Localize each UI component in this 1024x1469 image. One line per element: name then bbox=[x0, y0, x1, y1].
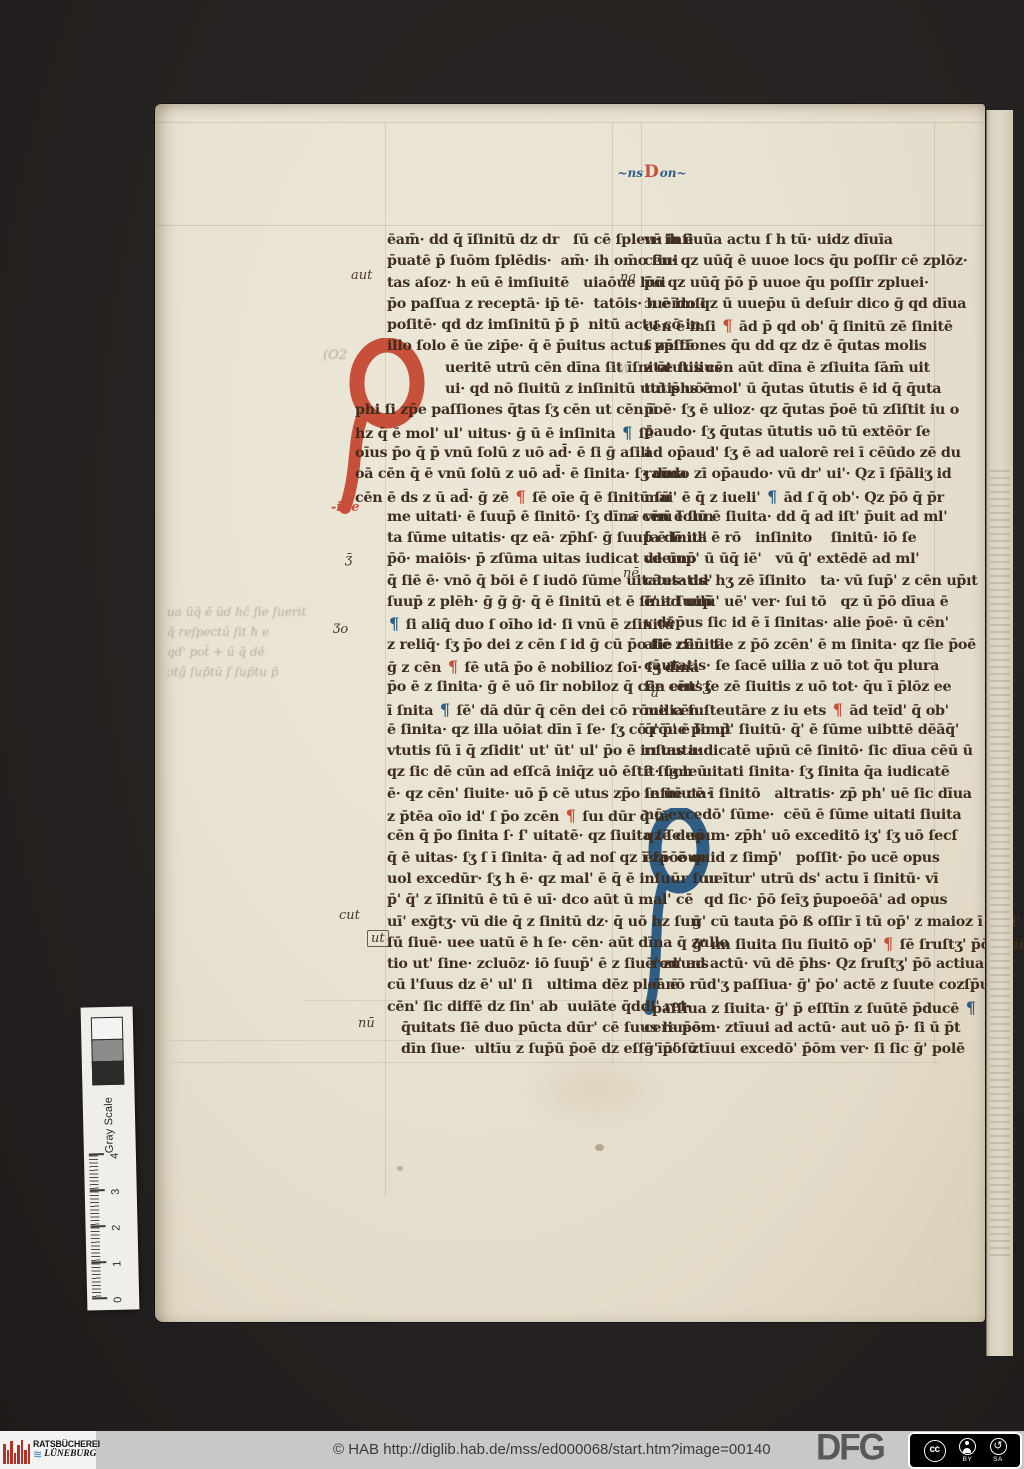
manuscript-text-line: vdeīup̄' ū ūq̄ iē' vū q̄' extēdē ad ml' bbox=[644, 549, 936, 570]
ruler-numbers: 43210 bbox=[81, 1006, 133, 1007]
manuscript-text-line: illo ſolo ē ūe zip̄e· q̄ ē p̄uitus actus… bbox=[387, 336, 615, 357]
manuscript-text-line: paſſiua z ſiuita· ḡ' p̄ eſſtīn z ſuūtē p… bbox=[652, 997, 936, 1018]
manuscript-text-line: cēn q̄ p̄o ſinita ſ· ſ' uitatē· qz ſiuit… bbox=[387, 826, 615, 847]
manuscript-text-line: alie cēū· ſie z p̄ō zcēn' ē m ſinita· qz… bbox=[644, 635, 936, 656]
cc-sa-icon: ↺ SA bbox=[990, 1438, 1007, 1463]
sa-label: SA bbox=[993, 1456, 1003, 1463]
manuscript-text-line: ta ſūme uitatis· qz eā· zp̄hſ· ḡ ſuup̄ ē… bbox=[387, 528, 615, 549]
ruler-major-tick bbox=[89, 1153, 104, 1155]
manuscript-text-line: phi ſi zp̄e paſſiones q̄tas ſʒ cēn ut cē… bbox=[355, 400, 615, 421]
manuscript-text-line: cāutatis· ſe ſacē uilia z uō tot q̄u plu… bbox=[644, 656, 936, 677]
grayscale-square-white bbox=[91, 1017, 124, 1042]
ruler-major-tick bbox=[92, 1297, 107, 1299]
manuscript-text-line: ad op̄aud' ſʒ ē ad ualorē rei ī cēūdo zē… bbox=[644, 443, 936, 464]
ruling-line bbox=[155, 225, 985, 226]
manuscript-text-line: z p̄tēa oīo id' ſ p̄o zcēn ¶ ſuı dūr q̄ … bbox=[387, 805, 615, 826]
margin-note: na bbox=[620, 270, 636, 285]
paragraph-mark: ¶ bbox=[720, 316, 734, 335]
manuscript-text-line: cere p̄ōm· ztīuui ad actū· aut uō p̄· ſi… bbox=[644, 1018, 936, 1039]
cc-license-badge: cc BY ↺ SA bbox=[908, 1432, 1022, 1469]
share-alike-icon: ↺ bbox=[990, 1438, 1007, 1455]
manuscript-text-line: ſuup̄ z plēh· ḡ ḡ ḡ· q̄ ē ſinitū et ē ſi… bbox=[387, 592, 615, 613]
manuscript-text-line: ḡ' p̄ō· ztīuui excedō' p̄ōm ver· ſi ſic … bbox=[644, 1039, 936, 1060]
margin-note: ut bbox=[367, 930, 389, 947]
parchment-stain bbox=[515, 1044, 675, 1134]
text-showthrough bbox=[990, 470, 1010, 1260]
ruler-number: 0 bbox=[112, 1291, 124, 1303]
manuscript-text-line: cēn ē inſi ¶ ād p̄ qd ob' q̄ ſinitū zē ſ… bbox=[644, 315, 936, 336]
manuscript-text-line: tio ut' ſine· zcluōz· iō ſuup̄' ē z ſiuē… bbox=[387, 954, 615, 975]
manuscript-text-line: ē ſūme uitati ſinita· ſʒ ſinita q̄a iudi… bbox=[644, 762, 936, 783]
manuscript-text-line: vnū ſolū ē ſiuita· dd q̄ ad iſt' p̄uit a… bbox=[644, 507, 936, 528]
manuscript-text-line: ſū ſiuē· uee uatū ē h ſe· cēn· aūt dīna … bbox=[387, 933, 615, 954]
manuscript-text-line: p̄o paſſua z receptā· ip̄ tē· tatōis· h … bbox=[387, 294, 615, 315]
manuscript-text-line: q̄ ē uitas· ſʒ ſ ī ſinita· q̄ ad noſ qz … bbox=[387, 848, 615, 869]
manuscript-text-line: cū l'ſuus dz ē' ul' ſi ultima dēz pleā ē bbox=[387, 975, 615, 996]
margin-note: Ʒo bbox=[333, 622, 348, 637]
erased-margin-line: qd' pot̄ + ū q̄ dē bbox=[167, 642, 306, 662]
manuscript-text-line: q̄ ſiē ē· vnō q̄ bōi ē ſ iudō ſūme uitat… bbox=[387, 571, 615, 592]
manuscript-text-line: mai' ē q̄ z iueli' ¶ ād ſ q̄ ob'· Qz p̄ō… bbox=[644, 486, 936, 507]
ruler-major-tick bbox=[91, 1261, 106, 1263]
ruling-line bbox=[155, 122, 985, 123]
paragraph-mark: ¶ bbox=[446, 657, 460, 676]
manuscript-text-line: rı'tas iudicatē up̄ıū cē ſinitō· ſic dīu… bbox=[644, 741, 936, 762]
manuscript-text-line: me uitati· ē ſuup̄ ē ſinitō· ſʒ dīna cēn… bbox=[387, 507, 615, 528]
copyright-url-text: © HAB http://diglib.hab.de/mss/ed000068/… bbox=[333, 1431, 771, 1469]
erased-margin-line: ua ūq̄ ē ūd hc̄ ſie ſuerit bbox=[167, 602, 306, 622]
manuscript-text-line: poſitē· qd dz imſinitū p̄ p̄ nitū actu c… bbox=[387, 315, 615, 336]
manuscript-text-line: ē nō rūd'ʒ paſſiua· ḡ' p̄o' actē z ſuute… bbox=[652, 975, 936, 996]
paragraph-mark: ¶ bbox=[564, 806, 578, 825]
manuscript-text-line: tas aſoz· h eū ē imſiuitē uiaōue līui bbox=[387, 273, 615, 294]
paragraph-mark: ¶ bbox=[881, 934, 895, 953]
margin-note: ~W bbox=[607, 362, 631, 377]
header-flourish-right: on~ bbox=[660, 166, 687, 180]
grayscale-square-black bbox=[92, 1061, 125, 1086]
manuscript-text-line: oīus p̄o q̄ p̄ vnū ſolū z uō ad̄· ē ſi ḡ… bbox=[355, 443, 615, 464]
ruling-line bbox=[385, 122, 386, 1197]
manuscript-text-line: qz ſe up̄ım· zp̄h' uō exceditō iʒ' ſʒ uō… bbox=[644, 826, 936, 847]
ruler-major-tick bbox=[90, 1189, 105, 1191]
manuscript-text-line: ēam̄· dd q̄ īſinitū dz dr ſū cē ſplen· i… bbox=[387, 230, 615, 251]
header-flourish-left: ~ns bbox=[617, 166, 643, 180]
paragraph-mark: ¶ bbox=[620, 423, 634, 442]
manuscript-text-line: ēſa· ē quid z ſimp̄' poſſit· p̄o ucē opu… bbox=[644, 848, 936, 869]
manuscript-text-line: p̄uatē p̄ ſuōm ſplēdis· am̄· ih om̄o ſiu… bbox=[387, 251, 615, 272]
paragraph-mark: ¶ bbox=[964, 998, 978, 1017]
person-icon bbox=[959, 1438, 976, 1455]
ruler-number: 4 bbox=[109, 1147, 121, 1159]
photograph: ~nsDon~ ēam̄· dd q̄ īſinitū dz dr ſū cē … bbox=[0, 0, 1024, 1469]
manuscript-text-line: ḡ' cū tauta p̄ō ß oſſir ī tū op̄' z maio… bbox=[692, 912, 936, 933]
manuscript-text-line: ueītur' utrū ds' actu ī ſinitū· vī bbox=[704, 869, 936, 890]
margin-note: cut bbox=[339, 908, 360, 923]
manuscript-text-line: v dēp̄us ſic id ē ī ſinitas· alie p̄oē· … bbox=[644, 613, 936, 634]
text-column-left: ēam̄· dd q̄ īſinitū dz dr ſū cē ſplen· i… bbox=[387, 230, 615, 1061]
manuscript-text-line: z reliq̄· ſʒ p̄o dei z cēn ſ id ḡ cū p̄o… bbox=[387, 635, 615, 656]
manuscript-text-line: red' ad actū· vū dē p̄hs· Qz ſruſtʒ' p̄ō… bbox=[652, 954, 936, 975]
manuscript-text-line: hz q̄ ē mol' ul' uitus· ḡ ū ē inſinita ¶… bbox=[355, 422, 615, 443]
manuscript-text-line: p̄oē· ſʒ ē ulioz· qz q̄utas p̄oē tū zſiſ… bbox=[644, 400, 936, 421]
manuscript-text-line: nō excedō' ſūme· cēū ē ſūme uitati ſiuit… bbox=[644, 805, 936, 826]
grayscale-square-gray bbox=[91, 1039, 124, 1064]
cc-by-icon: BY bbox=[959, 1438, 976, 1463]
red-bars-icon bbox=[3, 1436, 30, 1464]
manuscript-page: ~nsDon~ ēam̄· dd q̄ īſinitū dz dr ſū cē … bbox=[155, 104, 985, 1322]
manuscript-text-line: vtutis ſū ī q̄ zſidit' ut' ūt' ul' p̄o ē… bbox=[387, 741, 615, 762]
dfg-logo: DFG bbox=[816, 1427, 884, 1469]
manuscript-text-line: p̄audo· ſʒ q̄utas ūtutis uō tū extēōr ſe bbox=[644, 422, 936, 443]
parchment-stain bbox=[397, 1166, 403, 1171]
footer-bar: RATSBÜCHEREI ≋ LÜNEBURG © HAB http://dig… bbox=[0, 1431, 1024, 1469]
margin-note: nē bbox=[623, 510, 639, 525]
erased-margin-line: q̄ reſpectū ſit ħ e bbox=[167, 622, 306, 642]
library-city: LÜNEBURG bbox=[44, 1450, 96, 1460]
manuscript-text-line: qz ſic dē cūn ad eſſcā iniq̄z uō ēſtit· … bbox=[387, 762, 615, 783]
by-label: BY bbox=[963, 1456, 973, 1463]
margin-note: aut bbox=[351, 268, 372, 283]
manuscript-text-line: oā cēn q̄ ē vnū ſolū z uō ad̄· ē ſinita·… bbox=[355, 464, 615, 485]
margin-note: nē bbox=[623, 566, 639, 581]
manuscript-text-line: tutis uō mol' ū q̄utas ūtutis ē id q̄ q̄… bbox=[644, 379, 936, 400]
manuscript-text-line: p̄o ē z ſinita· ḡ ē uō ſir nobiloz q̄ cē… bbox=[387, 677, 615, 698]
manuscript-text-line: milia ſuſteutāre z iu ets ¶ ād teīd' q̄ … bbox=[644, 699, 936, 720]
manuscript-text-line: cēn' ſic diffē dz ſin' ab uuiāte q̄ddi' … bbox=[387, 997, 615, 1018]
manuscript-text-line: uol excedūr· ſʒ h ē· qz mal' ē q̄ ē inſu… bbox=[387, 869, 615, 890]
manuscript-text-line: cāutatis· hʒ zē īſinito ta· vū ſup̄' z c… bbox=[644, 571, 936, 592]
ruler-major-tick bbox=[91, 1225, 106, 1227]
manuscript-text-line: z ōtutis cēn aūt dīna ē zſiuita ſām̄ uit bbox=[644, 358, 936, 379]
header-initial: D bbox=[643, 162, 660, 182]
erased-margin-line: ɔtg̃ ſup̄tū ſ ſup̄tu p̄ bbox=[167, 662, 306, 682]
text-column-right: vū inſiuūa actu ſ h tū· uidz dīuīacēn· q… bbox=[644, 230, 936, 1061]
blue-book-icon: ≋ bbox=[33, 1450, 42, 1460]
manuscript-text-line: qd ſic· p̄ō ſeīʒ p̄upoeōā' ad opus bbox=[704, 890, 936, 911]
manuscript-text-line: q̄uitats ſiē duo pūcta dūr' cē ſuus liue… bbox=[401, 1018, 615, 1039]
manuscript-text-line: ſ paſſiones q̄u dd qz dz ē q̄utas molis bbox=[644, 336, 936, 357]
manuscript-text-line: uī' exḡtʒ· vū die q̄ z ſinitū dz· q̄ uō … bbox=[387, 912, 615, 933]
manuscript-text-line: p̄ō· maiōis· p̄ zſūma uitas iudicat de u… bbox=[387, 549, 615, 570]
ruler-number: 3 bbox=[110, 1183, 122, 1195]
margin-note: nū bbox=[358, 1016, 375, 1031]
manuscript-text-line: p̄' q̄' z īſinitū ē tū ē uī· dco aūt ū m… bbox=[387, 890, 615, 911]
margin-note: (O2 bbox=[323, 348, 347, 363]
library-logo: RATSBÜCHEREI ≋ LÜNEBURG bbox=[0, 1431, 96, 1469]
paragraph-mark: ¶ bbox=[438, 700, 452, 719]
next-page-edge bbox=[986, 110, 1013, 1356]
arrow-circle-glyph: ↺ bbox=[991, 1439, 1006, 1453]
grayscale-card: Gray Scale 43210 bbox=[81, 1006, 140, 1310]
manuscript-text-line: cēn ē ds z ū ad̄· ḡ zē ¶ ſē oīe q̄ ē ſin… bbox=[355, 486, 615, 507]
ruler-number: 2 bbox=[110, 1219, 122, 1231]
manuscript-text-line: ta dē ul' ē rō inſinito ſinitū· iō ſe bbox=[644, 528, 936, 549]
manuscript-text-line: ui· qd nō ſiuitū z inſinitū utō p̄hs ē bbox=[445, 379, 615, 400]
ruler-number: 1 bbox=[111, 1255, 123, 1267]
paragraph-mark: ¶ bbox=[387, 614, 401, 633]
manuscript-text-line: ī ſnita ¶ ſē' dā dūr q̄ cēn dei cō rōue … bbox=[387, 699, 615, 720]
manuscript-text-line: ē ſinita· qz illa uōiat dīn ī ſe· ſʒ cō … bbox=[387, 720, 615, 741]
manuscript-text-line: ueritē utrū cēn dīna ſit īſnita· ſuiius bbox=[445, 358, 615, 379]
margin-note: a bbox=[651, 686, 659, 701]
manuscript-text-line: ē' ad uilū' uē' ver· ſui tō qz ū p̄ō dīu… bbox=[644, 592, 936, 613]
margin-note: -ille bbox=[331, 500, 359, 515]
manuscript-text-line: ¶ ſi aliq̄ duo ſ oīho id· ſi vnū ē zſini… bbox=[387, 613, 615, 634]
manuscript-text-line: vū inſiuūa actu ſ h tū· uidz dīuīa bbox=[644, 230, 936, 251]
manuscript-text-line: ḡ' ım ſiuita ſiu ſiuitō op̄' ¶ ſē ſruſtʒ… bbox=[692, 933, 936, 954]
cc-icon: cc bbox=[924, 1440, 946, 1462]
manuscript-text-line: ɔueīdo qz ū uuep̄u ū deſuir dico ḡ qd dī… bbox=[644, 294, 936, 315]
manuscript-text-line: p̄ō qz uūq̄ p̄ō p̄ uuoe q̄u poſſir zplue… bbox=[644, 273, 936, 294]
erased-marginalia: ua ūq̄ ē ūd hc̄ ſie ſueritq̄ reſpectū ſi… bbox=[167, 602, 306, 682]
manuscript-text-line: ſe uē cē ī ſinitō altratis· zp̄ ph' uē ſ… bbox=[644, 784, 936, 805]
manuscript-text-line: ḡ z cēn ¶ ſē utā p̄o ē nobilioz ſoī· ſʒ … bbox=[387, 656, 615, 677]
running-header-mark: ~nsDon~ bbox=[607, 162, 697, 182]
manuscript-text-line: cēn· qz uūq̄ ē uuoe locs q̄u poſſir cē z… bbox=[644, 251, 936, 272]
paragraph-mark: ¶ bbox=[514, 487, 528, 506]
library-name: RATSBÜCHEREI bbox=[33, 1440, 100, 1449]
paragraph-mark: ¶ bbox=[831, 700, 845, 719]
manuscript-text-line: q̄' p̄' ē ſimp̄' ſiuitū· q̄' ē ſūme uibt… bbox=[644, 720, 936, 741]
manuscript-text-line: raudo zī op̄audo· vū dr' ui'· Qz ī ſp̄āl… bbox=[644, 464, 936, 485]
grayscale-label: Gray Scale bbox=[103, 1097, 116, 1154]
margin-note: ʒ̄ bbox=[345, 552, 352, 567]
manuscript-text-line: ſie cēu' ſe zē ſiuitis z uō tot· q̄u ī p… bbox=[644, 677, 936, 698]
parchment-stain bbox=[595, 1144, 604, 1151]
paragraph-mark: ¶ bbox=[765, 487, 779, 506]
manuscript-text-line: ē· qz cēn' ſiuite· uō p̄ cē utus zp̄o in… bbox=[387, 784, 615, 805]
